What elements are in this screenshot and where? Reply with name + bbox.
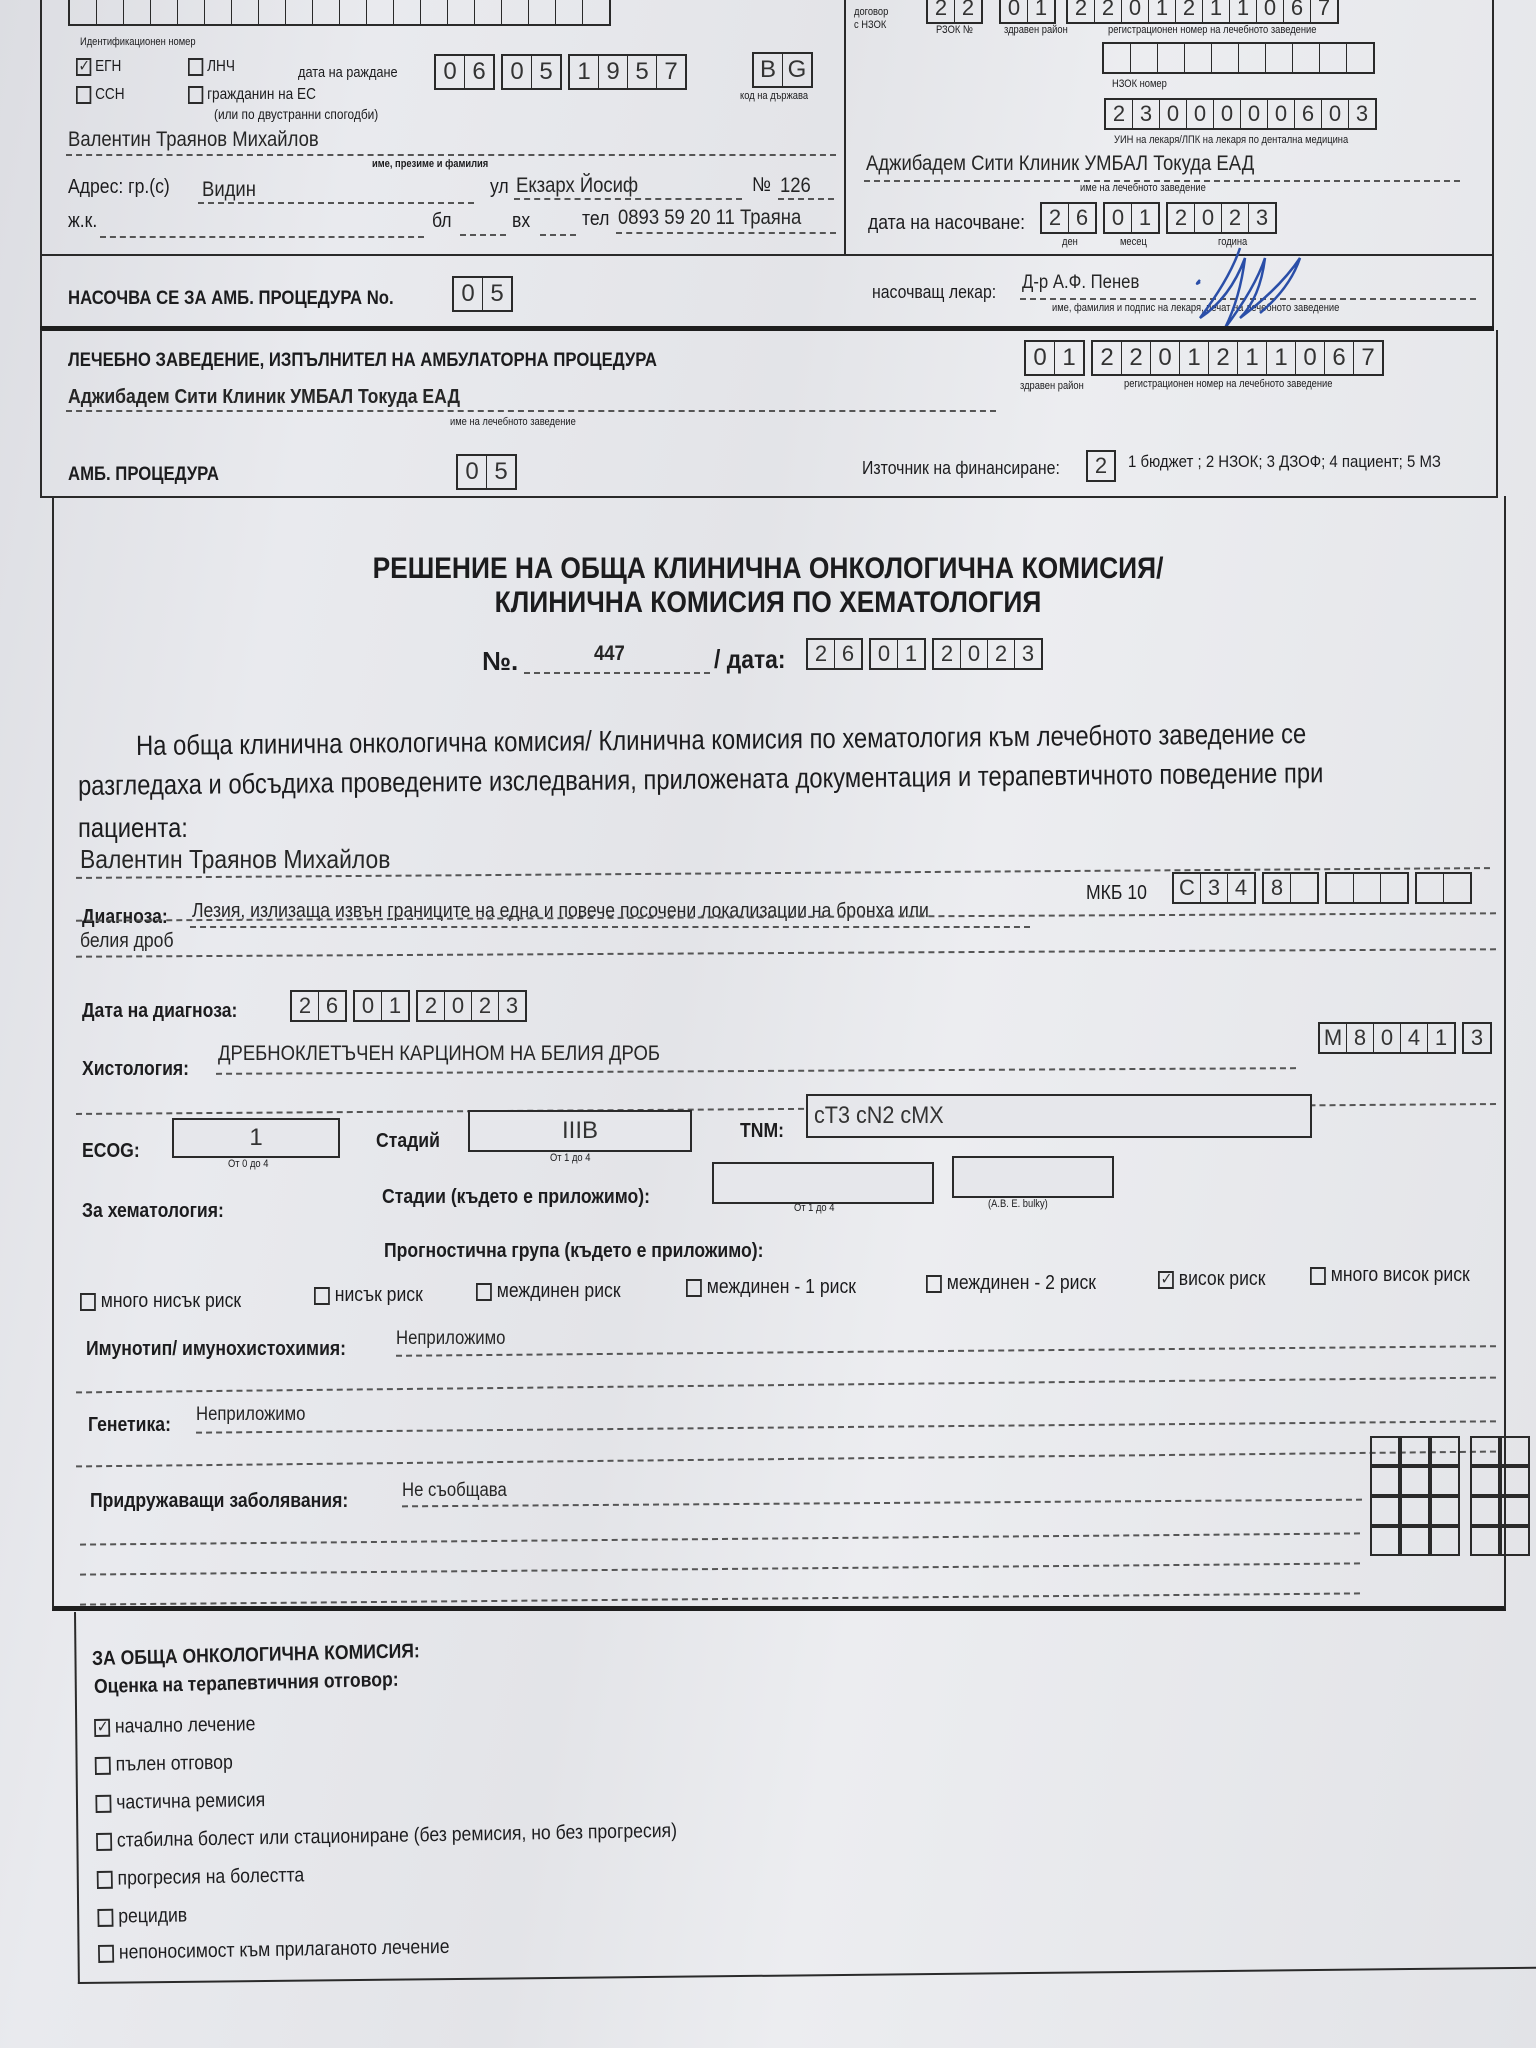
- intolerance-checkbox[interactable]: [98, 1944, 114, 1962]
- intro-line3: пациента:: [78, 812, 188, 844]
- rzok-label: РЗОК №: [936, 24, 973, 36]
- referring-facility: Аджибадем Сити Клиник УМБАЛ Токуда ЕАД: [866, 152, 1254, 176]
- decision-date-boxes: 26 01 2023: [806, 638, 1049, 670]
- intermediate-risk-checkbox[interactable]: [476, 1283, 492, 1301]
- comorbidity-code-grid: [1370, 1436, 1530, 1556]
- phone-value: 0893 59 20 11 Траяна: [618, 206, 801, 230]
- patient-name: Валентин Траянов Михайлов: [68, 128, 319, 152]
- executor-title: ЛЕЧЕБНО ЗАВЕДЕНИЕ, ИЗПЪЛНИТЕЛ НА АМБУЛАТ…: [68, 350, 657, 372]
- id-type-lnch[interactable]: ЛНЧ: [188, 58, 235, 76]
- ecog-label: ECOG:: [82, 1140, 140, 1163]
- month-caption: месец: [1120, 236, 1147, 248]
- executor-facility-caption: име на лечебното заведение: [450, 416, 576, 428]
- prognostic-intermediate-1[interactable]: междинен - 1 риск: [686, 1276, 856, 1299]
- birth-date-boxes: 06 05 1957: [434, 54, 693, 90]
- street-label: ул: [490, 176, 509, 199]
- complete-response-checkbox[interactable]: [95, 1756, 111, 1774]
- entrance-label: вх: [512, 210, 530, 233]
- uin-label: УИН на лекаря/ЛПК на лекаря по дентална …: [1114, 134, 1348, 146]
- eu-note: (или по двустранни спогодби): [214, 106, 378, 122]
- executor-facility: Аджибадем Сити Клиник УМБАЛ Токуда ЕАД: [68, 386, 460, 409]
- contract-label: договор с НЗОК: [854, 6, 891, 32]
- id-type-eu[interactable]: гражданин на ЕС: [188, 86, 316, 104]
- response-complete[interactable]: пълен отговор: [95, 1752, 233, 1777]
- country-code-boxes: BG: [752, 52, 819, 88]
- stage-field[interactable]: IIIB: [468, 1110, 692, 1152]
- financing-box: 2: [1086, 450, 1122, 482]
- phone-line: [616, 232, 836, 234]
- diagnosis-label: Диагноза:: [82, 906, 168, 929]
- executor-region-boxes: 01 22012 11067: [1024, 340, 1390, 376]
- uin-boxes: 23000 00603: [1104, 98, 1383, 130]
- immuno-label: Имунотип/ имунохистохимия:: [86, 1338, 346, 1361]
- city-line: [198, 202, 474, 204]
- executor-facility-line: [66, 410, 996, 412]
- ssn-checkbox[interactable]: [76, 86, 91, 104]
- number-line: [778, 198, 834, 200]
- prognostic-group-list: много нисък риск нисък риск междинен рис…: [80, 1254, 1520, 1314]
- lnch-checkbox[interactable]: [188, 58, 203, 76]
- histology-value: ДРЕБНОКЛЕТЪЧЕН КАРЦИНОМ НА БЕЛИЯ ДРОБ: [218, 1042, 660, 1066]
- intermediate-2-risk-checkbox[interactable]: [926, 1275, 942, 1293]
- decision-date-label: / дата:: [714, 644, 786, 675]
- number-value: 126: [780, 174, 811, 198]
- facility-caption: име на лечебното заведение: [1080, 182, 1206, 194]
- genetics-label: Генетика:: [88, 1414, 171, 1437]
- diagnosis-line1-rule: [190, 926, 1030, 928]
- decision-title-line2: КЛИНИЧНА КОМИСИЯ ПО ХЕМАТОЛОГИЯ: [92, 586, 1444, 620]
- stage-range: От 1 до 4: [550, 1152, 590, 1164]
- immuno-value: Неприложимо: [396, 1328, 505, 1350]
- top-divider: [844, 0, 846, 254]
- id-type-ssn[interactable]: ССН: [76, 86, 125, 104]
- doctor-label: насочващ лекар:: [872, 282, 996, 303]
- response-partial-remission[interactable]: частична ремисия: [95, 1789, 265, 1815]
- id-type-egn[interactable]: ЕГН: [76, 58, 121, 76]
- amb-procedure-boxes: 05: [456, 454, 523, 490]
- procedure-label: НАСОЧВА СЕ ЗА АМБ. ПРОЦЕДУРА No.: [68, 288, 394, 310]
- response-initial-treatment[interactable]: начално лечение: [94, 1713, 256, 1739]
- progression-checkbox[interactable]: [97, 1870, 113, 1888]
- intermediate-1-risk-checkbox[interactable]: [686, 1279, 702, 1297]
- day-caption: ден: [1062, 236, 1078, 248]
- document-page: Идентификационен номер ЕГН ЛНЧ ССН гражд…: [0, 0, 1536, 2048]
- region-label: здравен район: [1004, 24, 1068, 36]
- diagnosis-line2: белия дроб: [80, 930, 174, 953]
- city-value: Видин: [202, 178, 256, 202]
- stable-disease-checkbox[interactable]: [96, 1832, 112, 1850]
- very-high-risk-checkbox[interactable]: [1310, 1267, 1326, 1285]
- decision-number: 447: [594, 642, 625, 666]
- response-progression[interactable]: прогресия на болестта: [97, 1864, 305, 1891]
- financing-label: Източник на финансиране:: [862, 458, 1060, 479]
- doctor-name: Д-р А.Ф. Пенев: [1022, 272, 1139, 294]
- procedure-boxes: 05: [452, 276, 519, 312]
- executor-reg-label: регистрационен номер на лечебното заведе…: [1124, 378, 1332, 390]
- low-risk-checkbox[interactable]: [314, 1287, 330, 1305]
- street-value: Екзарх Йосиф: [516, 174, 638, 198]
- number-label: №: [752, 174, 771, 197]
- ecog-field[interactable]: 1: [172, 1118, 340, 1158]
- comorbidities-label: Придружаващи заболявания:: [90, 1490, 348, 1513]
- ecog-range: От 0 до 4: [228, 1158, 268, 1170]
- diagnosis-date-boxes: 26 01 2023: [290, 990, 533, 1022]
- decision-title-line1: РЕШЕНИЕ НА ОБЩА КЛИНИЧНА ОНКОЛОГИЧНА КОМ…: [92, 552, 1444, 586]
- hematology-label: За хематология:: [82, 1200, 224, 1223]
- tnm-label: TNM:: [740, 1120, 784, 1143]
- decision-number-line: [524, 672, 710, 674]
- hem-stage-range: От 1 до 4: [794, 1202, 834, 1214]
- nzok-number-label: НЗОК номер: [1112, 78, 1167, 90]
- phone-label: тел: [582, 208, 609, 231]
- high-risk-checkbox[interactable]: [1158, 1271, 1174, 1289]
- name-line: [66, 154, 836, 156]
- eu-citizen-checkbox[interactable]: [188, 86, 203, 104]
- executor-region-label: здравен район: [1020, 380, 1084, 392]
- very-low-risk-checkbox[interactable]: [80, 1293, 96, 1311]
- prognostic-high[interactable]: висок риск: [1158, 1268, 1265, 1291]
- prognostic-intermediate-2[interactable]: междинен - 2 риск: [926, 1272, 1096, 1295]
- referral-date-label: дата на насочване:: [868, 212, 1025, 235]
- stage-label: Стадий: [376, 1130, 440, 1153]
- genetics-value: Неприложимо: [196, 1404, 305, 1426]
- morphology-boxes: M8041 3: [1318, 1022, 1498, 1054]
- histology-label: Хистология:: [82, 1058, 189, 1081]
- egn-checkbox[interactable]: [76, 58, 91, 76]
- address-label: Адрес: гр.(с): [68, 176, 170, 199]
- relapse-checkbox[interactable]: [97, 1908, 113, 1926]
- partial-remission-checkbox[interactable]: [95, 1794, 111, 1812]
- hem-stage-field[interactable]: [712, 1162, 934, 1204]
- name-caption: име, презиме и фамилия: [372, 158, 488, 170]
- id-number-label: Идентификационен номер: [80, 36, 196, 48]
- rzok-boxes: 22 01 22012 11067: [926, 0, 1345, 24]
- initial-treatment-checkbox[interactable]: [94, 1718, 110, 1736]
- response-relapse[interactable]: рецидив: [97, 1904, 187, 1929]
- nzok-number-boxes: [1102, 42, 1381, 74]
- prognostic-intermediate[interactable]: междинен риск: [476, 1280, 621, 1303]
- diagnosis-date-label: Дата на диагноза:: [82, 1000, 237, 1023]
- signature-icon: [1180, 240, 1330, 330]
- amb-procedure-label: АМБ. ПРОЦЕДУРА: [68, 464, 219, 486]
- entrance-line: [540, 234, 576, 236]
- complex-label: ж.к.: [68, 210, 97, 233]
- mkb-boxes: C34 8: [1172, 872, 1478, 904]
- prognostic-very-high[interactable]: много висок риск: [1310, 1264, 1470, 1287]
- hem-stage-suffix: (A.B. E. bulky): [988, 1198, 1048, 1210]
- hem-stages-label: Стадии (където е приложимо):: [382, 1186, 650, 1209]
- birth-date-label: дата на раждане: [298, 64, 398, 81]
- street-line: [514, 198, 742, 200]
- decision-patient-name: Валентин Траянов Михайлов: [80, 844, 390, 875]
- complex-line: [100, 236, 424, 238]
- block-label: бл: [432, 210, 452, 233]
- hem-stage-suffix-field[interactable]: [952, 1156, 1114, 1198]
- tnm-field[interactable]: cT3 cN2 cMX: [806, 1094, 1312, 1138]
- country-code-label: код на държава: [740, 90, 808, 102]
- reg-number-label: регистрационен номер на лечебното заведе…: [1108, 24, 1316, 36]
- comorbidities-value: Не съобщава: [402, 1480, 507, 1502]
- financing-legend: 1 бюджет ; 2 НЗОК; 3 ДЗОФ; 4 пациент; 5 …: [1128, 452, 1441, 472]
- mkb-label: МКБ 10: [1086, 882, 1147, 905]
- prognostic-very-low[interactable]: много нисък риск: [80, 1290, 241, 1313]
- decision-number-label: №.: [482, 646, 518, 677]
- referral-date-boxes: 26 01 2023: [1040, 202, 1283, 234]
- id-number-boxes: [68, 0, 617, 26]
- prognostic-low[interactable]: нисък риск: [314, 1284, 423, 1307]
- block-line: [460, 234, 506, 236]
- tnm-value: cT3 cN2 cMX: [814, 1102, 944, 1130]
